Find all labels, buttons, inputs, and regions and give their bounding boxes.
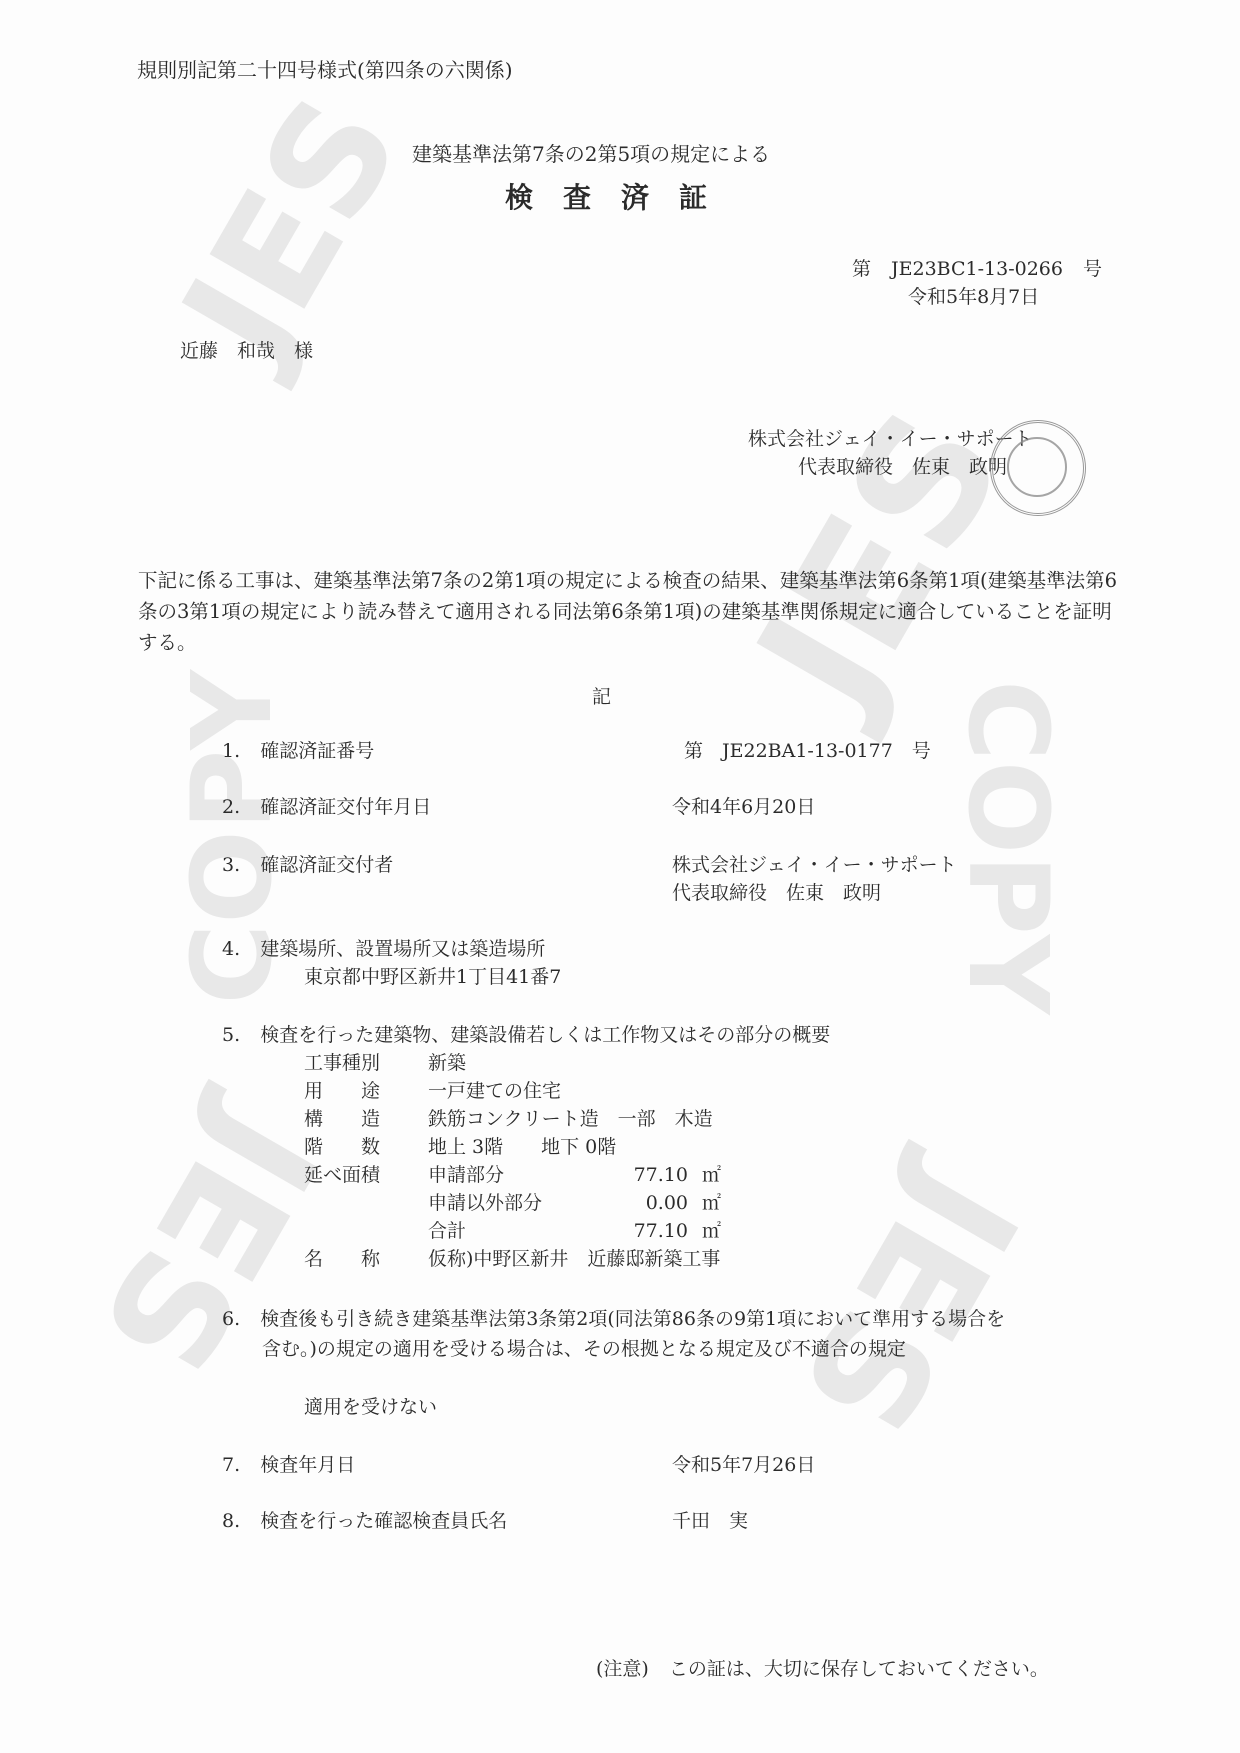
item-number: 8. xyxy=(222,1510,240,1532)
item-label: 検査を行った確認検査員氏名 xyxy=(260,1510,507,1532)
floors-value: 地上 3階 地下 0階 xyxy=(428,1136,616,1158)
item-5: 5. 検査を行った建築物、建築設備若しくは工作物又はその部分の概要 xyxy=(222,1020,830,1047)
certificate-number-suffix: 号 xyxy=(1083,258,1102,280)
area-row-other: 申請以外部分0.00㎡ xyxy=(304,1188,721,1215)
issuer-representative: 代表取締役 佐東 政明 xyxy=(798,452,1007,479)
name-value: 仮称)中野区新井 近藤邸新築工事 xyxy=(428,1248,720,1270)
item-number: 2. xyxy=(222,796,240,818)
name-label: 名 称 xyxy=(304,1244,428,1271)
item-8-value: 千田 実 xyxy=(672,1506,748,1533)
area-value: 77.10 xyxy=(588,1220,688,1242)
item-2-value: 令和4年6月20日 xyxy=(672,792,815,819)
item-8: 8. 検査を行った確認検査員氏名 xyxy=(222,1506,507,1533)
structure-row: 構 造鉄筋コンクリート造 一部 木造 xyxy=(304,1104,713,1131)
note-label: (注意) xyxy=(596,1658,649,1680)
structure-value: 鉄筋コンクリート造 一部 木造 xyxy=(428,1108,713,1130)
area-unit: ㎡ xyxy=(702,1160,721,1187)
area-value: 77.10 xyxy=(588,1164,688,1186)
item-number: 3. xyxy=(222,854,240,876)
certificate-number: 第JE23BC1-13-0266号 xyxy=(842,254,1112,281)
use-value: 一戸建ての住宅 xyxy=(428,1080,561,1102)
footer-note: (注意) この証は、大切に保存しておいてください。 xyxy=(596,1654,1049,1681)
certificate-number-value: JE23BC1-13-0266 xyxy=(891,258,1063,280)
certification-statement: 下記に係る工事は、建築基準法第7条の2第1項の規定による検査の結果、建築基準法第… xyxy=(138,565,1128,658)
item-label: 確認済証番号 xyxy=(260,740,374,762)
issuer-company: 株式会社ジェイ・イー・サポート xyxy=(748,424,1033,451)
item-6-value: 適用を受けない xyxy=(304,1392,437,1419)
watermark-jes-bottom-right: JES xyxy=(766,1143,1050,1461)
item-4-value: 東京都中野区新井1丁目41番7 xyxy=(304,962,561,989)
item-1: 1. 確認済証番号 xyxy=(222,736,374,763)
ki-heading: 記 xyxy=(592,682,611,709)
item-label: 検査年月日 xyxy=(260,1454,355,1476)
work-type-label: 工事種別 xyxy=(304,1048,428,1075)
item-label-line1: 検査後も引き続き建築基準法第3条第2項(同法第86条の9第1項において準用する場… xyxy=(260,1308,1005,1330)
area-value: 0.00 xyxy=(588,1192,688,1214)
item-3-value-line1: 株式会社ジェイ・イー・サポート xyxy=(672,850,957,877)
item-1-value: 第 JE22BA1-13-0177 号 xyxy=(684,736,931,763)
area-unit: ㎡ xyxy=(702,1188,721,1215)
work-type-value: 新築 xyxy=(428,1052,466,1074)
certificate-number-prefix: 第 xyxy=(852,258,871,280)
company-seal-icon xyxy=(990,420,1086,516)
item-label: 建築場所、設置場所又は築造場所 xyxy=(260,938,545,960)
use-label: 用 途 xyxy=(304,1076,428,1103)
area-row-total: 合計77.10㎡ xyxy=(304,1216,721,1243)
item-number: 1. xyxy=(222,740,240,762)
item-number: 7. xyxy=(222,1454,240,1476)
item-number: 6. xyxy=(222,1308,240,1330)
item-4: 4. 建築場所、設置場所又は築造場所 xyxy=(222,934,545,961)
structure-label: 構 造 xyxy=(304,1104,428,1131)
item-3-value-line2: 代表取締役 佐東 政明 xyxy=(672,878,881,905)
item-6: 6. 検査後も引き続き建築基準法第3条第2項(同法第86条の9第1項において準用… xyxy=(222,1304,1005,1331)
name-row: 名 称仮称)中野区新井 近藤邸新築工事 xyxy=(304,1244,720,1271)
floors-label: 階 数 xyxy=(304,1132,428,1159)
document-subtitle: 建築基準法第7条の2第5項の規定による xyxy=(412,138,770,167)
form-reference: 規則別記第二十四号様式(第四条の六関係) xyxy=(137,54,513,83)
area-sub-label: 申請部分 xyxy=(428,1160,588,1187)
area-unit: ㎡ xyxy=(702,1216,721,1243)
area-row-applied: 延べ面積申請部分77.10㎡ xyxy=(304,1160,721,1187)
item-number: 5. xyxy=(222,1024,240,1046)
issue-date: 令和5年8月7日 xyxy=(908,282,1039,309)
area-sub-label: 申請以外部分 xyxy=(428,1188,588,1215)
item-label: 検査を行った建築物、建築設備若しくは工作物又はその部分の概要 xyxy=(260,1024,830,1046)
area-label: 延べ面積 xyxy=(304,1160,428,1187)
item-label: 確認済証交付年月日 xyxy=(260,796,431,818)
item-3: 3. 確認済証交付者 xyxy=(222,850,393,877)
item-7: 7. 検査年月日 xyxy=(222,1450,355,1477)
document-title: 検査済証 xyxy=(505,176,737,216)
use-row: 用 途一戸建ての住宅 xyxy=(304,1076,561,1103)
watermark-copy-right: COPY xyxy=(944,680,1072,1015)
area-sub-label: 合計 xyxy=(428,1216,588,1243)
item-7-value: 令和5年7月26日 xyxy=(672,1450,815,1477)
addressee: 近藤 和哉 様 xyxy=(180,336,313,363)
work-type-row: 工事種別新築 xyxy=(304,1048,466,1075)
item-number: 4. xyxy=(222,938,240,960)
seal-inner-ring xyxy=(1007,437,1067,497)
item-6-label-line2: 含む。)の規定の適用を受ける場合は、その根拠となる規定及び不適合の規定 xyxy=(262,1334,906,1361)
item-label: 確認済証交付者 xyxy=(260,854,393,876)
note-text: この証は、大切に保存しておいてください。 xyxy=(669,1658,1049,1680)
item-2: 2. 確認済証交付年月日 xyxy=(222,792,431,819)
floors-row: 階 数地上 3階 地下 0階 xyxy=(304,1132,616,1159)
